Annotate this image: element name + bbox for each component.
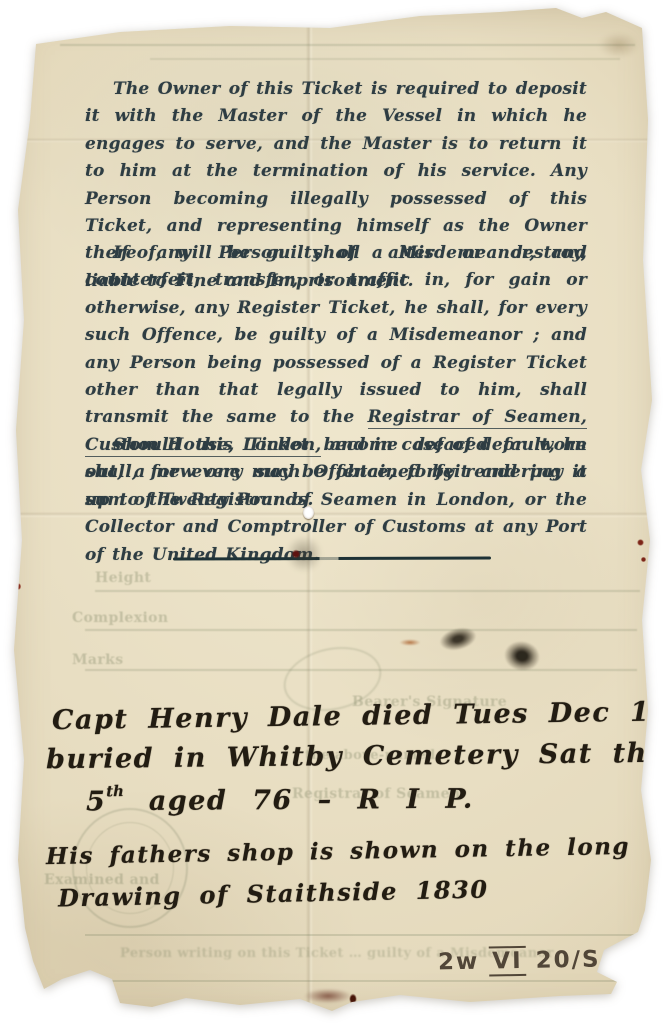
handwritten-line-3-day: 5 (86, 786, 107, 817)
handwritten-superscript-th: th (106, 782, 124, 800)
printed-notice-3: Should this Ticket become defaced or wor… (85, 432, 587, 569)
right-edge-stain-2 (640, 556, 647, 563)
bottom-right-stain (628, 950, 640, 962)
left-edge-stain-2 (15, 582, 22, 591)
handwritten-line-3: 5th aged 76 – R I P. (86, 780, 474, 818)
pencil-mark-part1: 2w (438, 949, 480, 976)
rust-stain (396, 638, 424, 647)
handwritten-line-3-text: aged 76 – R I P. (124, 784, 474, 817)
ink-smudge (278, 528, 330, 580)
right-edge-stain-1 (636, 538, 645, 547)
showthrough-label-height: Height (95, 570, 151, 586)
photo-backdrop: Height Complexion Marks Bearer's Signatu… (0, 0, 668, 1024)
ticket-paper-wrapper: Height Complexion Marks Bearer's Signatu… (0, 0, 668, 1024)
left-edge-stain-1 (12, 556, 21, 571)
handwritten-line-2: buried in Whitby Cemetery Sat the (46, 738, 667, 775)
showthrough-border-top-outer (60, 44, 635, 46)
ticket-paper: Height Complexion Marks Bearer's Signatu… (0, 0, 668, 1024)
red-wax-dot (290, 548, 302, 560)
showthrough-label-marks: Marks (72, 652, 124, 668)
showthrough-border-top-inner (150, 58, 620, 60)
handwritten-superscript-st: st (650, 693, 665, 711)
showthrough-form-line-2 (85, 629, 637, 631)
notice-paragraph-2-text: If any Person shall alter or destroy, co… (85, 243, 587, 427)
punch-hole (303, 506, 314, 519)
notice-paragraph-3: Should this Ticket become defaced or wor… (85, 432, 587, 569)
pencil-mark-part2: VI (489, 946, 526, 977)
showthrough-form-line-1 (95, 590, 640, 592)
pencil-mark-part3: 20/S (535, 947, 600, 974)
pencil-catalog-mark: 2wVI20/S (438, 947, 601, 976)
showthrough-label-complexion: Complexion (72, 610, 169, 626)
bottom-center-dot (348, 992, 358, 1006)
top-right-corner-stain (592, 28, 646, 62)
